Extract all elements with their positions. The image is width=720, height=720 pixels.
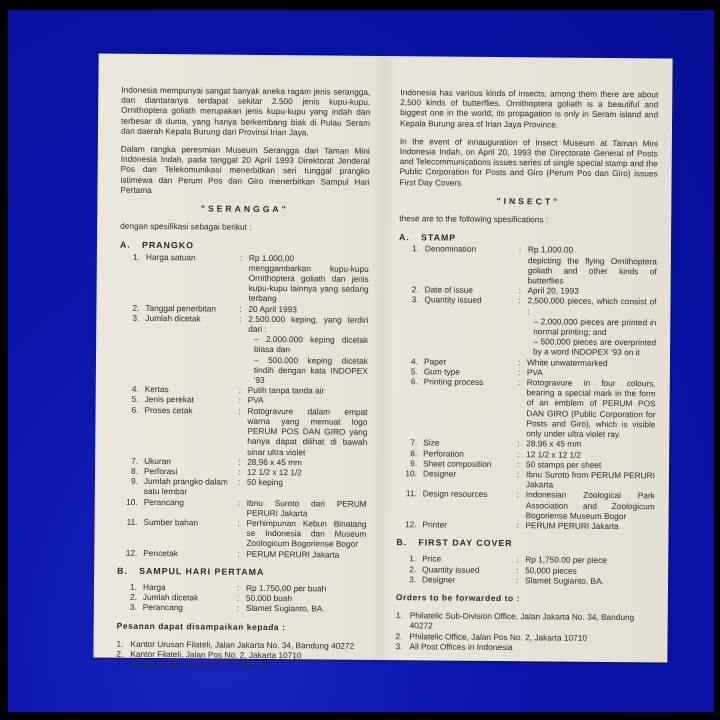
- section-title: STAMP: [421, 233, 456, 243]
- spec-value-line: Perhimpunan Kebun Binatang se Indonesia …: [246, 518, 366, 550]
- spec-value-line: – 500,000 pieces are overprinted by a wo…: [527, 337, 656, 359]
- spec-colon: :: [239, 385, 248, 395]
- section-letter: A.: [399, 232, 421, 242]
- spec-number: 10.: [401, 468, 423, 489]
- spec-label: Jumlah prangko dalam satu lembar: [144, 476, 238, 497]
- spec-colon: :: [516, 565, 525, 575]
- spec-colon: :: [237, 548, 246, 558]
- order-number: 1.: [396, 610, 410, 631]
- spec-label: Printing process: [423, 376, 518, 438]
- stamp-leaflet: Indonesia mempunyai sangat banyak aneka …: [93, 54, 672, 663]
- intro-paragraph: In the event of innauguration of Insect …: [399, 136, 657, 189]
- order-number: 3.: [116, 659, 130, 669]
- spec-value: Rotogravure in four colours, bearing a s…: [526, 377, 656, 439]
- spec-label: Jumlah dicetak: [145, 313, 240, 385]
- spec-value-line: PERUM PERURI Jakarta: [246, 548, 366, 559]
- spec-value-line: – 2,000,000 pieces are printed in normal…: [527, 316, 656, 338]
- spec-number: 2.: [121, 592, 143, 602]
- spec-row: 9.Jumlah prangko dalam satu lembar:50 ke…: [118, 476, 367, 499]
- spec-row: 3.Perancang:Slamet Sugianto, BA.: [117, 602, 366, 614]
- spec-number: 8.: [122, 466, 144, 476]
- intro-paragraph: Indonesia mempunyai sangat banyak aneka …: [121, 85, 370, 138]
- spec-number: 6.: [401, 376, 424, 437]
- spec-value: 50 keping: [247, 477, 367, 498]
- section-title: SAMPUL HARI PERTAMA: [139, 566, 264, 577]
- spec-colon: :: [518, 357, 527, 367]
- order-text: All Post Offices in Indonesia: [409, 641, 653, 653]
- spec-number: 1.: [123, 251, 145, 302]
- spec-row: 12.Pencetak:PERUM PERURI Jakarta: [117, 547, 366, 559]
- spec-label: Designer: [423, 468, 517, 489]
- section-letter: A.: [120, 240, 142, 250]
- spec-colon: :: [517, 520, 526, 530]
- orders-list: 1.Philatelic Sub-Division Office, Jalan …: [395, 610, 653, 653]
- spec-colon: :: [237, 603, 246, 613]
- section-a-specs: 1.Denomination:Rp 1,000.00depicting the …: [397, 244, 657, 532]
- spec-number: 1.: [121, 582, 143, 592]
- spec-label: Proses cetak: [144, 405, 238, 457]
- intro-paragraph: Indonesia has various kinds of insects; …: [400, 87, 658, 130]
- spec-number: 3.: [400, 574, 422, 584]
- spec-number: 3.: [121, 602, 143, 612]
- section-letter: B.: [396, 537, 418, 547]
- spec-label: Quantity issued: [424, 295, 519, 357]
- spec-colon: :: [238, 467, 247, 477]
- spec-row: 11.Sumber bahan:Perhimpunan Kebun Binata…: [117, 517, 366, 550]
- order-address: 3.Semua Kantor Pos dan Giro di Indonesia…: [116, 659, 365, 671]
- spec-number: 2.: [123, 302, 145, 312]
- spec-intro: dengan spesifikasi sebagai berikut :: [120, 221, 369, 233]
- spec-value-line: menggambarkan kupu-kupu Ornithoptera gol…: [248, 263, 368, 305]
- order-text: Philatelic Sub-Division Office, Jalan Ja…: [410, 610, 654, 633]
- spec-value: Ibnu Suroto dari PERUM PERURI Jakarta: [247, 497, 367, 518]
- spec-number: 6.: [122, 404, 144, 455]
- right-page-english: Indonesia has various kinds of insects; …: [379, 56, 672, 662]
- spec-intro: these are to the following spesification…: [399, 213, 657, 225]
- order-text: Semua Kantor Pos dan Giro di Indonesia.: [130, 659, 365, 671]
- section-letter: B.: [117, 565, 139, 575]
- spec-value: PERUM PERURI Jakarta: [526, 520, 655, 531]
- left-page-indonesian: Indonesia mempunyai sangat banyak aneka …: [93, 54, 382, 660]
- section-b-specs: 1.Harga:Rp 1.750,00 per buah2.Jumlah dic…: [117, 582, 366, 615]
- spec-colon: :: [517, 449, 526, 459]
- spec-row: 1.Harga satuan:Rp 1.000,00menggambarkan …: [119, 251, 368, 304]
- spec-colon: :: [517, 459, 526, 469]
- spec-label: Denomination: [425, 244, 519, 286]
- spec-value: PERUM PERURI Jakarta: [246, 548, 366, 559]
- spec-value: Slamet Sugianto, BA.: [246, 603, 366, 614]
- spec-colon: :: [238, 405, 247, 456]
- spec-value-line: depicting the flying Ornithoptera goliat…: [528, 255, 657, 287]
- spec-value-line: 50 keping: [247, 477, 367, 488]
- spec-value: Perhimpunan Kebun Binatang se Indonesia …: [246, 518, 366, 550]
- order-number: 2.: [396, 631, 410, 641]
- orders-heading: Orders to be forwarded to :: [396, 592, 654, 604]
- spec-value-line: – 2.000.000 keping dicetak biasa dan: [248, 334, 368, 355]
- spec-value: 2,500,000 pieces, which consist of :– 2,…: [527, 296, 657, 358]
- spec-value: Rp 1.000,00menggambarkan kupu-kupu Ornit…: [248, 252, 368, 304]
- spec-row: 1.Denomination:Rp 1,000.00depicting the …: [399, 244, 657, 287]
- spec-number: 7.: [122, 455, 144, 465]
- orders-list: 1.Kantor Urusan Filateli, Jalan Jakarta …: [116, 638, 365, 671]
- spec-number: 9.: [401, 458, 423, 468]
- spec-colon: :: [237, 518, 246, 549]
- spec-colon: :: [517, 469, 526, 489]
- spec-value: Rotogravure dalam empat warna yang memua…: [247, 406, 367, 458]
- spec-number: 4.: [123, 384, 145, 394]
- spec-value-line: PERUM PERURI Jakarta: [526, 520, 655, 531]
- spec-value-line: Rotogravure dalam empat warna yang memua…: [247, 406, 367, 458]
- blue-background: Indonesia mempunyai sangat banyak aneka …: [8, 10, 714, 712]
- spec-label: Perancang: [143, 602, 237, 613]
- spec-number: 3.: [402, 295, 425, 356]
- spec-colon: :: [237, 583, 246, 593]
- spec-label: Designer: [422, 574, 516, 585]
- spec-value-line: – 500.000 keping dicetak tindih dengan k…: [248, 354, 368, 386]
- spec-colon: :: [519, 285, 528, 295]
- order-number: 1.: [116, 638, 130, 648]
- spec-number: 2.: [400, 564, 422, 574]
- spec-row: 6.Printing process:Rotogravure in four c…: [397, 376, 656, 439]
- order-address: 1.Philatelic Sub-Division Office, Jalan …: [396, 610, 654, 633]
- spec-row: 3.Jumlah dicetak:2.500.000 keping, yang …: [119, 313, 369, 387]
- spec-number: 1.: [403, 244, 425, 285]
- spec-row: 3.Designer:Slamet Sugianto, BA.: [396, 574, 654, 586]
- spec-colon: :: [516, 575, 525, 585]
- spec-value-line: Ibnu Suroto from PERUM PERURI Jakarta: [526, 469, 655, 491]
- section-a-specs: 1.Harga satuan:Rp 1.000,00menggambarkan …: [117, 251, 369, 559]
- section-b-heading: B.FIRST DAY COVER: [396, 537, 654, 549]
- spec-value-line: Rotogravure in four colours, bearing a s…: [526, 377, 656, 439]
- spec-colon: :: [239, 303, 248, 313]
- spec-label: Pencetak: [143, 547, 237, 558]
- spec-colon: :: [238, 456, 247, 466]
- spec-colon: :: [516, 554, 525, 564]
- spec-colon: :: [519, 245, 528, 286]
- spec-number: 12.: [121, 547, 143, 557]
- spec-label: Printer: [423, 519, 517, 530]
- spec-colon: :: [239, 395, 248, 405]
- spec-number: 11.: [401, 488, 423, 519]
- intro-paragraph: Dalam rangka peresmian Museum Serangga d…: [120, 144, 369, 197]
- spec-colon: :: [238, 497, 247, 517]
- spec-value: 2.500.000 keping, yang terdiri dari :– 2…: [248, 314, 369, 386]
- spec-row: 11.Design resources:Indonesian Zoologica…: [397, 488, 655, 521]
- order-address: 3.All Post Offices in Indonesia: [395, 641, 653, 653]
- order-number: 3.: [395, 641, 409, 651]
- spec-colon: :: [517, 438, 526, 448]
- spec-value-line: 2.500.000 keping, yang terdiri dari :: [248, 314, 368, 335]
- spec-value: Slamet Sugianto, BA.: [525, 575, 654, 586]
- spec-colon: :: [237, 593, 246, 603]
- spec-number: 4.: [402, 356, 424, 366]
- spec-label: Harga satuan: [145, 252, 239, 304]
- spec-colon: :: [238, 477, 247, 497]
- spec-number: 2.: [403, 284, 425, 294]
- spec-colon: :: [239, 252, 248, 303]
- spec-number: 3.: [123, 313, 146, 385]
- stamp-title: "INSECT": [399, 195, 657, 207]
- orders-heading: Pesanan dapat disampaikan kepada :: [117, 620, 366, 632]
- spec-value: Rp 1,000.00depicting the flying Ornithop…: [528, 245, 657, 287]
- spec-value-line: Indonesian Zoological Park Association a…: [526, 490, 655, 522]
- spec-number: 9.: [122, 476, 144, 497]
- spec-number: 10.: [122, 496, 144, 517]
- spec-row: 6.Proses cetak:Rotogravure dalam empat w…: [118, 404, 367, 457]
- spec-number: 5.: [123, 394, 145, 404]
- spec-label: Sumber bahan: [143, 517, 237, 548]
- spec-number: 12.: [401, 519, 423, 529]
- spec-value-line: 2,500,000 pieces, which consist of :: [527, 296, 656, 318]
- spec-label: Perancang: [144, 496, 238, 517]
- spec-number: 7.: [401, 437, 423, 447]
- spec-row: 10.Perancang:Ibnu Suroto dari PERUM PERU…: [118, 496, 367, 519]
- spec-number: 1.: [400, 553, 422, 563]
- spec-value-line: Rp 1,000.00: [528, 245, 657, 256]
- spec-number: 5.: [402, 366, 424, 376]
- spec-colon: :: [518, 367, 527, 377]
- section-title: PRANGKO: [142, 240, 194, 250]
- section-b-specs: 1.Price:Rp 1,750.00 per piece2.Quantity …: [396, 553, 654, 586]
- spec-value-line: Ibnu Suroto dari PERUM PERURI Jakarta: [247, 497, 367, 518]
- spec-value-line: Slamet Sugianto, BA.: [246, 603, 366, 614]
- section-b-heading: B.SAMPUL HARI PERTAMA: [117, 565, 366, 577]
- spec-number: 8.: [401, 448, 423, 458]
- spec-row: 3.Quantity issued:2,500,000 pieces, whic…: [398, 295, 657, 358]
- spec-value: Ibnu Suroto from PERUM PERURI Jakarta: [526, 469, 655, 491]
- spec-number: 11.: [121, 517, 143, 548]
- stamp-title: "SERANGGA": [120, 203, 369, 215]
- spec-value-line: Slamet Sugianto, BA.: [525, 575, 654, 586]
- section-title: FIRST DAY COVER: [418, 537, 512, 548]
- spec-row: 10.Designer:Ibnu Suroto from PERUM PERUR…: [397, 468, 655, 491]
- spec-label: Design resources: [423, 489, 517, 520]
- spec-colon: :: [517, 489, 526, 520]
- order-number: 2.: [116, 649, 130, 659]
- spec-value: Indonesian Zoological Park Association a…: [526, 490, 655, 522]
- section-a-heading: A.PRANGKO: [120, 240, 369, 252]
